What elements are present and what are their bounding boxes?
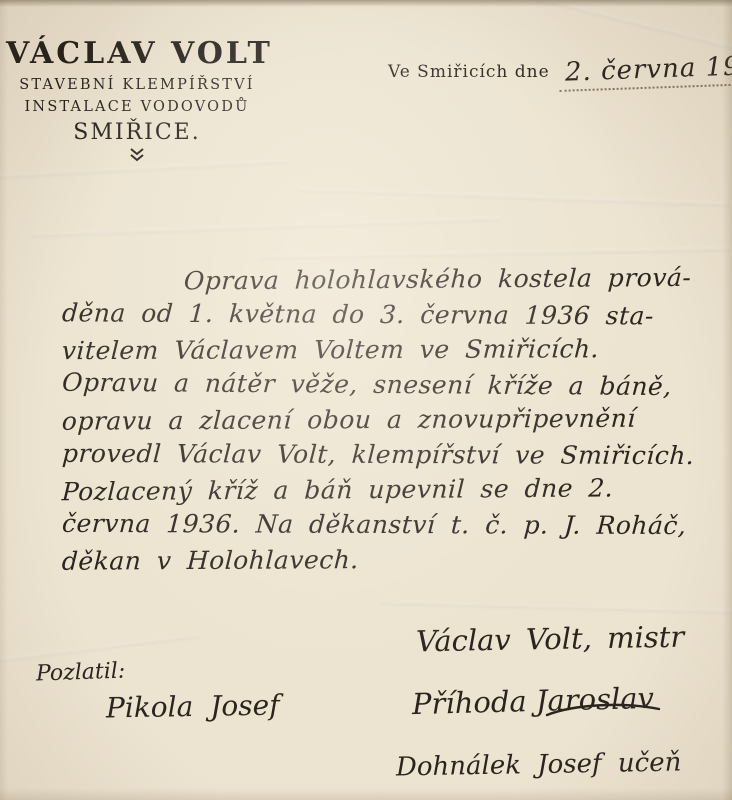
letterhead-city: SMIŘICE. bbox=[6, 120, 268, 145]
dateline-handwritten-date: 2. června 1936 bbox=[558, 50, 732, 92]
scanned-letter-document: VÁCLAV VOLT STAVEBNÍ KLEMPÍŘSTVÍ INSTALA… bbox=[0, 0, 732, 800]
paper-crease bbox=[300, 188, 730, 206]
signature-flourish-stroke bbox=[545, 700, 665, 724]
body-line: děkan v Holohlavech. bbox=[61, 540, 713, 578]
paper-crease bbox=[30, 218, 500, 237]
gilder-signature: Pikola Josef bbox=[106, 688, 280, 724]
dateline: Ve Smiřicích dne 2. června 1936 bbox=[388, 54, 732, 88]
body-line: vitelem Václavem Voltem ve Smiřicích. bbox=[61, 331, 713, 368]
body-line: Pozlacený kříž a báň upevnil se dne 2. bbox=[61, 470, 713, 510]
body-line: Oprava holohlavského kostela prová- bbox=[61, 260, 713, 300]
gilder-label: Pozlatil: bbox=[36, 658, 126, 686]
apprentice-signature: Dohnálek Josef učeň bbox=[396, 748, 682, 783]
letterhead-trade-line-2: INSTALACE VODOVODŮ bbox=[6, 99, 268, 115]
body-line: provedl Václav Volt, klempířství ve Smiř… bbox=[61, 436, 713, 473]
paper-crease bbox=[260, 248, 732, 259]
body-line: opravu a zlacení obou a znovupřipevnění bbox=[61, 400, 713, 438]
double-chevron-down-icon bbox=[6, 147, 268, 167]
body-line: děna od 1. května do 3. června 1936 sta- bbox=[61, 295, 713, 333]
body-line: Opravu a nátěr věže, snesení kříže a bán… bbox=[61, 365, 713, 405]
master-signature: Václav Volt, mistr bbox=[416, 620, 685, 659]
letterhead-company-name: VÁCLAV VOLT bbox=[6, 36, 268, 71]
handwritten-body: Oprava holohlavského kostela prová- děna… bbox=[62, 262, 712, 577]
paper-crease bbox=[533, 0, 732, 50]
dateline-printed-text: Ve Smiřicích dne bbox=[388, 62, 550, 82]
paper-crease bbox=[380, 601, 732, 613]
letterhead: VÁCLAV VOLT STAVEBNÍ KLEMPÍŘSTVÍ INSTALA… bbox=[6, 36, 268, 167]
body-line: června 1936. Na děkanství t. č. p. J. Ro… bbox=[61, 506, 713, 543]
letterhead-trade-line-1: STAVEBNÍ KLEMPÍŘSTVÍ bbox=[6, 77, 268, 93]
